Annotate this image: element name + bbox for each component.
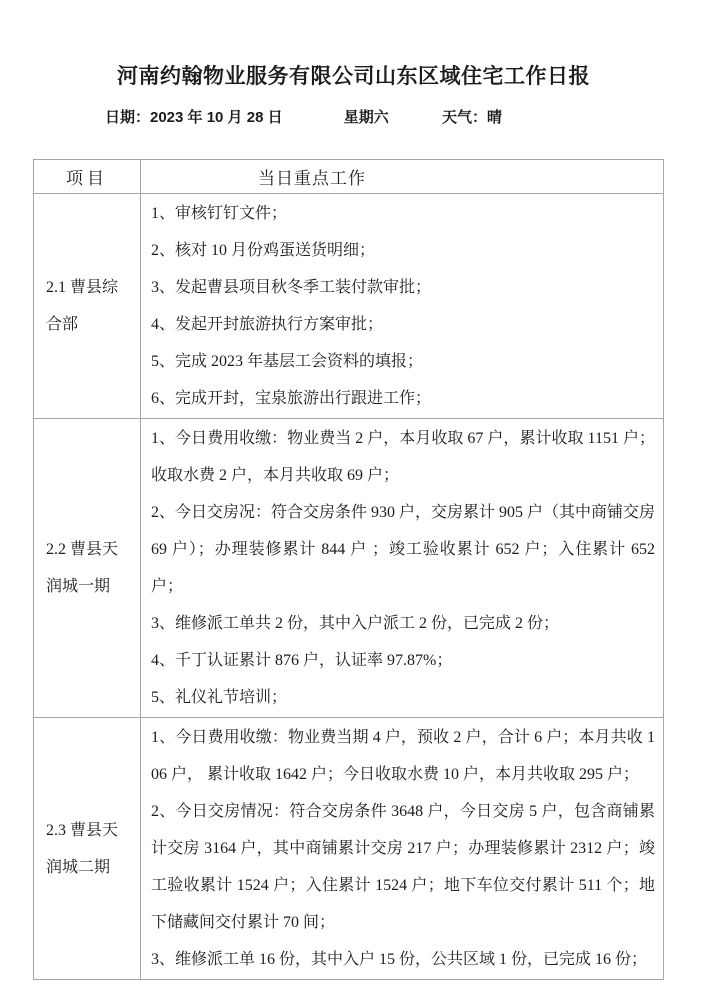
table-row: 2.1 曹县综合部1、审核钉钉文件；2、核对 10 月份鸡蛋送货明细；3、发起曹… <box>34 194 664 419</box>
work-items-cell: 1、今日费用收缴：物业费当期 4 户，预收 2 户，合计 6 户；本月共收 10… <box>141 718 664 980</box>
document-page: 河南约翰物业服务有限公司山东区域住宅工作日报 日期：2023 年 10 月 28… <box>0 0 707 999</box>
work-item: 3、维修派工单 16 份，其中入户 15 份，公共区域 1 份，已完成 16 份… <box>151 941 655 978</box>
work-item: 1、审核钉钉文件； <box>151 195 655 232</box>
work-item: 2、核对 10 月份鸡蛋送货明细； <box>151 232 655 269</box>
table-row: 2.2 曹县天润城一期1、今日费用收缴：物业费当 2 户，本月收取 67 户，累… <box>34 419 664 718</box>
work-item: 3、发起曹县项目秋冬季工装付款审批； <box>151 269 655 306</box>
work-item: 4、发起开封旅游执行方案审批； <box>151 306 655 343</box>
table-row: 2.3 曹县天润城二期1、今日费用收缴：物业费当期 4 户，预收 2 户，合计 … <box>34 718 664 980</box>
project-cell: 2.2 曹县天润城一期 <box>34 419 141 718</box>
work-item: 2、今日交房况：符合交房条件 930 户，交房累计 905 户（其中商铺交房 6… <box>151 494 655 605</box>
work-item: 5、完成 2023 年基层工会资料的填报； <box>151 343 655 380</box>
column-header-daily-key-work: 当日重点工作 <box>141 160 664 194</box>
work-item: 1、今日费用收缴：物业费当期 4 户，预收 2 户，合计 6 户；本月共收 10… <box>151 719 655 793</box>
daily-report-table: 项目 当日重点工作 2.1 曹县综合部1、审核钉钉文件；2、核对 10 月份鸡蛋… <box>33 159 664 980</box>
work-item: 5、礼仪礼节培训； <box>151 679 655 716</box>
work-item: 4、千丁认证累计 876 户，认证率 97.87%； <box>151 642 655 679</box>
column-header-project: 项目 <box>34 160 141 194</box>
work-item: 1、今日费用收缴：物业费当 2 户，本月收取 67 户，累计收取 1151 户；… <box>151 420 655 494</box>
table-header-row: 项目 当日重点工作 <box>34 160 664 194</box>
work-item: 6、完成开封，宝泉旅游出行跟进工作； <box>151 380 655 417</box>
weekday-label: 星期六 <box>344 109 389 126</box>
page-title: 河南约翰物业服务有限公司山东区域住宅工作日报 <box>0 0 707 92</box>
weather-label: 天气：晴 <box>442 109 502 126</box>
work-items-cell: 1、审核钉钉文件；2、核对 10 月份鸡蛋送货明细；3、发起曹县项目秋冬季工装付… <box>141 194 664 419</box>
project-cell: 2.1 曹县综合部 <box>34 194 141 419</box>
work-item: 2、今日交房情况：符合交房条件 3648 户，今日交房 5 户，包含商铺累计交房… <box>151 793 655 941</box>
work-item: 3、维修派工单共 2 份，其中入户派工 2 份，已完成 2 份； <box>151 605 655 642</box>
project-label: 2.1 曹县综合部 <box>46 269 124 343</box>
project-label: 2.2 曹县天润城一期 <box>46 531 124 605</box>
date-label: 日期：2023 年 10 月 28 日 <box>105 109 283 126</box>
work-items-cell: 1、今日费用收缴：物业费当 2 户，本月收取 67 户，累计收取 1151 户；… <box>141 419 664 718</box>
meta-line: 日期：2023 年 10 月 28 日 星期六 天气：晴 <box>105 107 707 129</box>
project-cell: 2.3 曹县天润城二期 <box>34 718 141 980</box>
project-label: 2.3 曹县天润城二期 <box>46 812 124 886</box>
